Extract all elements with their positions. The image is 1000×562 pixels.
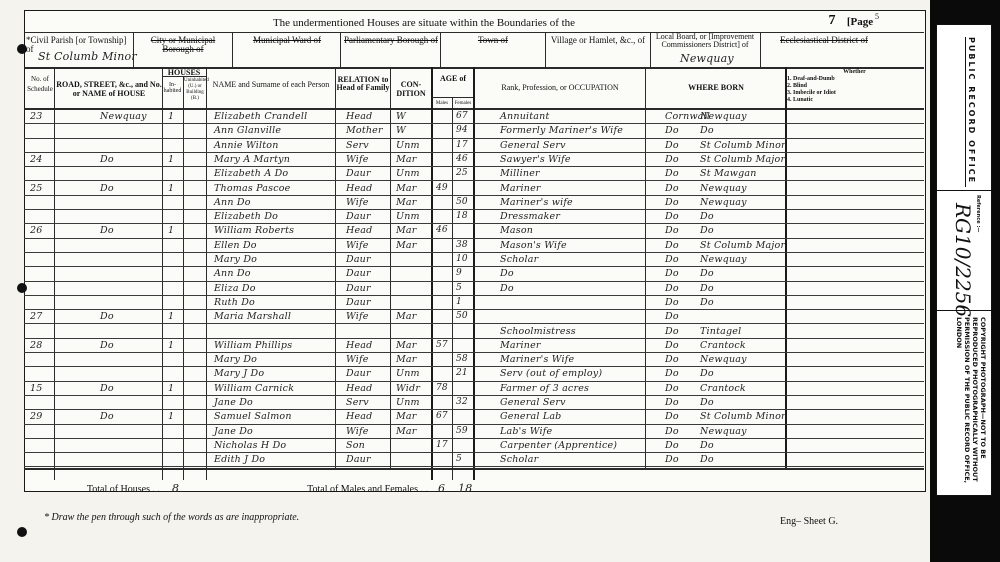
born-place-cell: Do bbox=[700, 283, 714, 294]
schedule-cell: 29 bbox=[30, 411, 43, 422]
col-occupation: Rank, Profession, or OCCUPATION bbox=[476, 83, 644, 92]
divider bbox=[545, 32, 546, 67]
female-age-cell: 32 bbox=[456, 397, 468, 407]
divider bbox=[24, 468, 924, 470]
occupation-cell: Annuitant bbox=[500, 111, 549, 122]
relation-cell: Daur bbox=[346, 211, 371, 222]
binding-hole bbox=[17, 44, 27, 54]
schedule-cell: 26 bbox=[30, 225, 43, 236]
office-name: PUBLIC RECORD OFFICE bbox=[967, 37, 976, 184]
born-place-cell: Do bbox=[700, 125, 714, 136]
born-place-cell: Newquay bbox=[700, 111, 747, 122]
born-county-cell: Do bbox=[665, 397, 679, 408]
occupation-cell: Do bbox=[500, 268, 514, 279]
condition-cell: W bbox=[396, 111, 406, 122]
occupation-cell: Mason's Wife bbox=[500, 240, 567, 251]
relation-cell: Wife bbox=[346, 197, 369, 208]
page-number: 5 bbox=[872, 12, 882, 21]
occupation-cell: Scholar bbox=[500, 454, 538, 465]
reference-number: RG10/2256 bbox=[951, 203, 975, 317]
born-place-cell: Do bbox=[700, 368, 714, 379]
born-county-cell: Do bbox=[665, 240, 679, 251]
born-place-cell: Do bbox=[700, 225, 714, 236]
female-age-cell: 5 bbox=[456, 283, 462, 293]
condition-cell: Mar bbox=[396, 154, 417, 165]
occupation-cell: Mariner's wife bbox=[500, 197, 573, 208]
female-age-cell: 1 bbox=[456, 297, 462, 307]
born-place-cell: Do bbox=[700, 440, 714, 451]
occupation-cell: Milliner bbox=[500, 168, 540, 179]
inhabited-cell: 1 bbox=[168, 411, 174, 422]
born-place-cell: St Columb Minor bbox=[700, 411, 786, 422]
table-row: 15Do1William CarnickHeadWidr78Farmer of … bbox=[0, 382, 930, 396]
relation-cell: Daur bbox=[346, 297, 371, 308]
table-row: Elizabeth A DoDaurUnm25MillinerDoSt Mawg… bbox=[0, 167, 930, 181]
sheet-title: The undermentioned Houses are situate wi… bbox=[24, 18, 824, 29]
female-age-cell: 46 bbox=[456, 154, 468, 164]
table-row: 29Do1Samuel SalmonHeadMar67General LabDo… bbox=[0, 410, 930, 424]
relation-cell: Wife bbox=[346, 311, 369, 322]
road-cell: Do bbox=[100, 311, 114, 322]
born-county-cell: Do bbox=[665, 125, 679, 136]
inhabited-cell: 1 bbox=[168, 183, 174, 194]
occupation-cell: Dressmaker bbox=[500, 211, 560, 222]
occupation-cell: General Lab bbox=[500, 411, 561, 422]
parliamentary-borough-label: Parliamentary Borough of bbox=[343, 36, 439, 45]
occupation-cell: Mariner's Wife bbox=[500, 354, 574, 365]
divider bbox=[340, 32, 341, 67]
occupation-cell: General Serv bbox=[500, 140, 566, 151]
col-uninhabited: Uninhabited (U.) or Building (B.) bbox=[184, 78, 206, 102]
table-row: Jane DoServUnm32General ServDoDo bbox=[0, 396, 930, 410]
occupation-cell: Sawyer's Wife bbox=[500, 154, 571, 165]
born-place-cell: St Mawgan bbox=[700, 168, 757, 179]
relation-cell: Head bbox=[346, 340, 372, 351]
table-row: 26Do1William RobertsHeadMar46MasonDoDo bbox=[0, 224, 930, 238]
born-place-cell: Do bbox=[700, 397, 714, 408]
town-label: Town of bbox=[443, 36, 543, 45]
relation-cell: Wife bbox=[346, 154, 369, 165]
infirmity-heading: Whether bbox=[787, 69, 922, 76]
inhabited-cell: 1 bbox=[168, 154, 174, 165]
occupation-cell: Serv (out of employ) bbox=[500, 368, 602, 379]
inhabited-cell: 1 bbox=[168, 383, 174, 394]
col-schedule: No. of Schedule bbox=[25, 74, 55, 94]
female-age-cell: 10 bbox=[456, 254, 468, 264]
schedule-cell: 23 bbox=[30, 111, 43, 122]
archive-strip: PUBLIC RECORD OFFICE Reference :— RG10/2… bbox=[936, 24, 992, 496]
occupation-cell: Scholar bbox=[500, 254, 538, 265]
local-board-label: Local Board, or [Improvement Commissione… bbox=[652, 33, 758, 49]
relation-cell: Head bbox=[346, 411, 372, 422]
male-age-cell: 46 bbox=[436, 225, 448, 235]
total-houses-value: 8 bbox=[172, 482, 179, 495]
infirmity-1: 1. Deaf-and-Dumb bbox=[787, 76, 922, 83]
relation-cell: Serv bbox=[346, 140, 369, 151]
condition-cell: W bbox=[396, 125, 406, 136]
binding-hole bbox=[17, 527, 27, 537]
name-cell: Mary Do bbox=[214, 254, 257, 265]
female-age-cell: 67 bbox=[456, 111, 468, 121]
col-road: ROAD, STREET, &c., and No. or NAME of HO… bbox=[56, 80, 162, 98]
occupation-cell: Schoolmistress bbox=[500, 326, 576, 337]
reference-label: Reference :— bbox=[975, 195, 981, 232]
born-county-cell: Do bbox=[665, 454, 679, 465]
table-row: Annie WiltonServUnm17General ServDoSt Co… bbox=[0, 139, 930, 153]
male-age-cell: 57 bbox=[436, 340, 448, 350]
condition-cell: Mar bbox=[396, 197, 417, 208]
schedule-cell: 28 bbox=[30, 340, 43, 351]
born-place-cell: St Columb Minor bbox=[700, 140, 786, 151]
name-cell: Jane Do bbox=[214, 397, 253, 408]
born-place-cell: Newquay bbox=[700, 254, 747, 265]
name-cell: Eliza Do bbox=[214, 283, 256, 294]
female-age-cell: 38 bbox=[456, 240, 468, 250]
born-county-cell: Do bbox=[665, 168, 679, 179]
name-cell: William Roberts bbox=[214, 225, 294, 236]
condition-cell: Mar bbox=[396, 311, 417, 322]
road-cell: Do bbox=[100, 340, 114, 351]
condition-cell: Unm bbox=[396, 397, 420, 408]
road-cell: Do bbox=[100, 225, 114, 236]
born-county-cell: Do bbox=[665, 383, 679, 394]
schedule-cell: 27 bbox=[30, 311, 43, 322]
born-place-cell: Newquay bbox=[700, 183, 747, 194]
born-county-cell: Do bbox=[665, 254, 679, 265]
condition-cell: Mar bbox=[396, 354, 417, 365]
occupation-cell: Lab's Wife bbox=[500, 426, 552, 437]
name-cell: Mary J Do bbox=[214, 368, 264, 379]
occupation-cell: Mason bbox=[500, 225, 533, 236]
road-cell: Newquay bbox=[100, 111, 147, 122]
divider bbox=[431, 97, 473, 98]
table-row: Mary DoWifeMar58Mariner's WifeDoNewquay bbox=[0, 353, 930, 367]
occupation-cell: Mariner bbox=[500, 340, 541, 351]
name-cell: Annie Wilton bbox=[214, 140, 279, 151]
binding-hole bbox=[17, 283, 27, 293]
table-row: Elizabeth DoDaurUnm18DressmakerDoDo bbox=[0, 210, 930, 224]
name-cell: William Carnick bbox=[214, 383, 294, 394]
born-place-cell: Crantock bbox=[700, 383, 746, 394]
born-county-cell: Do bbox=[665, 326, 679, 337]
schedule-cell: 25 bbox=[30, 183, 43, 194]
condition-cell: Mar bbox=[396, 411, 417, 422]
name-cell: Elizabeth Crandell bbox=[214, 111, 307, 122]
municipal-borough-label: City or Municipal Borough of bbox=[136, 36, 230, 54]
born-place-cell: Newquay bbox=[700, 354, 747, 365]
sheet-code: Eng– Sheet G. bbox=[780, 516, 838, 527]
relation-cell: Head bbox=[346, 383, 372, 394]
female-age-cell: 59 bbox=[456, 426, 468, 436]
born-county-cell: Do bbox=[665, 340, 679, 351]
relation-cell: Head bbox=[346, 183, 372, 194]
born-place-cell: Crantock bbox=[700, 340, 746, 351]
born-county-cell: Do bbox=[665, 354, 679, 365]
col-condition: CON-DITION bbox=[392, 80, 430, 98]
name-cell: Ruth Do bbox=[214, 297, 255, 308]
name-cell: Mary A Martyn bbox=[214, 154, 290, 165]
schedule-cell: 15 bbox=[30, 383, 43, 394]
local-board-value: Newquay bbox=[680, 52, 734, 65]
born-county-cell: Do bbox=[665, 154, 679, 165]
total-females-value: 18 bbox=[458, 482, 472, 495]
total-persons-label: Total of Males and Females . . bbox=[240, 485, 428, 494]
municipal-ward-label: Municipal Ward of bbox=[235, 36, 339, 45]
male-age-cell: 17 bbox=[436, 440, 448, 450]
col-females: Females bbox=[453, 99, 473, 108]
total-houses-label: Total of Houses . . bbox=[60, 485, 160, 494]
col-inhabited: In-habited bbox=[162, 82, 183, 94]
born-place-cell: Do bbox=[700, 211, 714, 222]
name-cell: William Phillips bbox=[214, 340, 292, 351]
born-county-cell: Do bbox=[665, 140, 679, 151]
born-county-cell: Do bbox=[665, 211, 679, 222]
born-county-cell: Do bbox=[665, 183, 679, 194]
table-row: Ann DoDaur9DoDoDo bbox=[0, 267, 930, 281]
schedule-cell: 24 bbox=[30, 154, 43, 165]
inhabited-cell: 1 bbox=[168, 311, 174, 322]
name-cell: Ann Do bbox=[214, 197, 251, 208]
infirmity-2: 2. Blind bbox=[787, 83, 922, 90]
table-row: Ruth DoDaur1DoDo bbox=[0, 296, 930, 310]
table-row: 25Do1Thomas PascoeHeadMar49MarinerDoNewq… bbox=[0, 182, 930, 196]
relation-cell: Serv bbox=[346, 397, 369, 408]
table-row: Nicholas H DoSon17Carpenter (Apprentice)… bbox=[0, 439, 930, 453]
born-place-cell: Do bbox=[700, 297, 714, 308]
name-cell: Edith J Do bbox=[214, 454, 265, 465]
table-row: Ellen DoWifeMar38Mason's WifeDoSt Columb… bbox=[0, 239, 930, 253]
occupation-cell: Farmer of 3 acres bbox=[500, 383, 589, 394]
born-county-cell: Do bbox=[665, 311, 679, 322]
table-row: 28Do1William PhillipsHeadMar57MarinerDoC… bbox=[0, 339, 930, 353]
relation-cell: Daur bbox=[346, 254, 371, 265]
male-age-cell: 67 bbox=[436, 411, 448, 421]
table-row: Mary DoDaur10ScholarDoNewquay bbox=[0, 253, 930, 267]
occupation-cell: Do bbox=[500, 283, 514, 294]
female-age-cell: 58 bbox=[456, 354, 468, 364]
infirmity-3: 3. Imbecile or Idiot bbox=[787, 90, 922, 97]
table-row: Ann GlanvilleMotherW94Formerly Mariner's… bbox=[0, 124, 930, 138]
occupation-cell: Mariner bbox=[500, 183, 541, 194]
condition-cell: Mar bbox=[396, 340, 417, 351]
table-row: Eliza DoDaur5DoDoDo bbox=[0, 282, 930, 296]
road-cell: Do bbox=[100, 154, 114, 165]
road-cell: Do bbox=[100, 383, 114, 394]
male-age-cell: 49 bbox=[436, 183, 448, 193]
occupation-cell: Carpenter (Apprentice) bbox=[500, 440, 617, 451]
name-cell: Thomas Pascoe bbox=[214, 183, 291, 194]
road-cell: Do bbox=[100, 183, 114, 194]
born-place-cell: Do bbox=[700, 268, 714, 279]
born-county-cell: Do bbox=[665, 283, 679, 294]
born-county-cell: Do bbox=[665, 368, 679, 379]
footnote: * Draw the pen through such of the words… bbox=[44, 512, 299, 523]
folio-number: 7 bbox=[822, 14, 842, 28]
table-row: 24Do1Mary A MartynWifeMar46Sawyer's Wife… bbox=[0, 153, 930, 167]
condition-cell: Unm bbox=[396, 211, 420, 222]
infirmity-4: 4. Lunatic bbox=[787, 97, 922, 104]
ecclesiastical-district-label: Ecclesiastical District of bbox=[764, 36, 884, 45]
name-cell: Jane Do bbox=[214, 426, 253, 437]
condition-cell: Widr bbox=[396, 383, 420, 394]
table-row: Ann DoWifeMar50Mariner's wifeDoNewquay bbox=[0, 196, 930, 210]
relation-cell: Daur bbox=[346, 268, 371, 279]
born-county-cell: Do bbox=[665, 225, 679, 236]
table-row: Edith J DoDaur5ScholarDoDo bbox=[0, 453, 930, 467]
road-cell: Do bbox=[100, 411, 114, 422]
divider bbox=[440, 32, 441, 67]
born-place-cell: St Columb Major bbox=[700, 240, 785, 251]
female-age-cell: 17 bbox=[456, 140, 468, 150]
female-age-cell: 9 bbox=[456, 268, 462, 278]
total-males-value: 6 bbox=[438, 482, 445, 495]
name-cell: Samuel Salmon bbox=[214, 411, 292, 422]
born-place-cell: Do bbox=[700, 454, 714, 465]
divider bbox=[650, 32, 651, 67]
relation-cell: Head bbox=[346, 111, 372, 122]
born-county-cell: Do bbox=[665, 197, 679, 208]
divider bbox=[24, 32, 924, 33]
name-cell: Mary Do bbox=[214, 354, 257, 365]
condition-cell: Mar bbox=[396, 225, 417, 236]
name-cell: Nicholas H Do bbox=[214, 440, 286, 451]
village-label: Village or Hamlet, &c., of bbox=[548, 36, 648, 45]
table-row: SchoolmistressDoTintagel bbox=[0, 325, 930, 339]
col-age: AGE of bbox=[432, 74, 474, 83]
female-age-cell: 50 bbox=[456, 311, 468, 321]
born-place-cell: Newquay bbox=[700, 426, 747, 437]
male-age-cell: 78 bbox=[436, 383, 448, 393]
table-row: Jane DoWifeMar59Lab's WifeDoNewquay bbox=[0, 425, 930, 439]
relation-cell: Daur bbox=[346, 283, 371, 294]
inhabited-cell: 1 bbox=[168, 340, 174, 351]
female-age-cell: 94 bbox=[456, 125, 468, 135]
condition-cell: Unm bbox=[396, 368, 420, 379]
born-county-cell: Do bbox=[665, 411, 679, 422]
born-place-cell: Tintagel bbox=[700, 326, 741, 337]
condition-cell: Mar bbox=[396, 426, 417, 437]
relation-cell: Wife bbox=[346, 240, 369, 251]
col-relation: RELATION to Head of Family bbox=[336, 76, 390, 92]
inhabited-cell: 1 bbox=[168, 225, 174, 236]
col-where-born: WHERE BORN bbox=[647, 83, 785, 92]
census-page: The undermentioned Houses are situate wi… bbox=[0, 0, 930, 562]
col-infirmity: Whether 1. Deaf-and-Dumb 2. Blind 3. Imb… bbox=[787, 69, 922, 104]
name-cell: Elizabeth A Do bbox=[214, 168, 288, 179]
name-cell: Ellen Do bbox=[214, 240, 257, 251]
relation-cell: Wife bbox=[346, 354, 369, 365]
female-age-cell: 5 bbox=[456, 454, 462, 464]
name-cell: Ann Do bbox=[214, 268, 251, 279]
name-cell: Ann Glanville bbox=[214, 125, 281, 136]
female-age-cell: 50 bbox=[456, 197, 468, 207]
inhabited-cell: 1 bbox=[168, 111, 174, 122]
relation-cell: Head bbox=[346, 225, 372, 236]
born-county-cell: Do bbox=[665, 440, 679, 451]
col-males: Males bbox=[432, 99, 452, 108]
born-place-cell: St Columb Major bbox=[700, 154, 785, 165]
divider bbox=[760, 32, 761, 67]
occupation-cell: General Serv bbox=[500, 397, 566, 408]
relation-cell: Daur bbox=[346, 368, 371, 379]
condition-cell: Unm bbox=[396, 168, 420, 179]
table-row: 23Newquay1Elizabeth CrandellHeadW67Annui… bbox=[0, 110, 930, 124]
relation-cell: Mother bbox=[346, 125, 383, 136]
born-county-cell: Do bbox=[665, 426, 679, 437]
civil-parish-value: St Columb Minor bbox=[38, 50, 137, 63]
condition-cell: Mar bbox=[396, 240, 417, 251]
condition-cell: Unm bbox=[396, 140, 420, 151]
col-name: NAME and Surname of each Person bbox=[208, 80, 334, 89]
female-age-cell: 18 bbox=[456, 211, 468, 221]
relation-cell: Wife bbox=[346, 426, 369, 437]
name-cell: Elizabeth Do bbox=[214, 211, 278, 222]
occupation-cell: Formerly Mariner's Wife bbox=[500, 125, 623, 136]
name-cell: Maria Marshall bbox=[214, 311, 291, 322]
divider bbox=[232, 32, 233, 67]
born-county-cell: Do bbox=[665, 297, 679, 308]
born-place-cell: Newquay bbox=[700, 197, 747, 208]
born-county-cell: Do bbox=[665, 268, 679, 279]
table-row: 27Do1Maria MarshallWifeMar50Do bbox=[0, 310, 930, 324]
condition-cell: Mar bbox=[396, 183, 417, 194]
table-row: Mary J DoDaurUnm21Serv (out of employ)Do… bbox=[0, 367, 930, 381]
col-houses: HOUSES bbox=[162, 68, 206, 77]
relation-cell: Daur bbox=[346, 454, 371, 465]
relation-cell: Daur bbox=[346, 168, 371, 179]
copyright-notice: COPYRIGHT PHOTOGRAPH—NOT TO BE REPRODUCE… bbox=[945, 317, 987, 487]
female-age-cell: 21 bbox=[456, 368, 468, 378]
female-age-cell: 25 bbox=[456, 168, 468, 178]
relation-cell: Son bbox=[346, 440, 365, 451]
